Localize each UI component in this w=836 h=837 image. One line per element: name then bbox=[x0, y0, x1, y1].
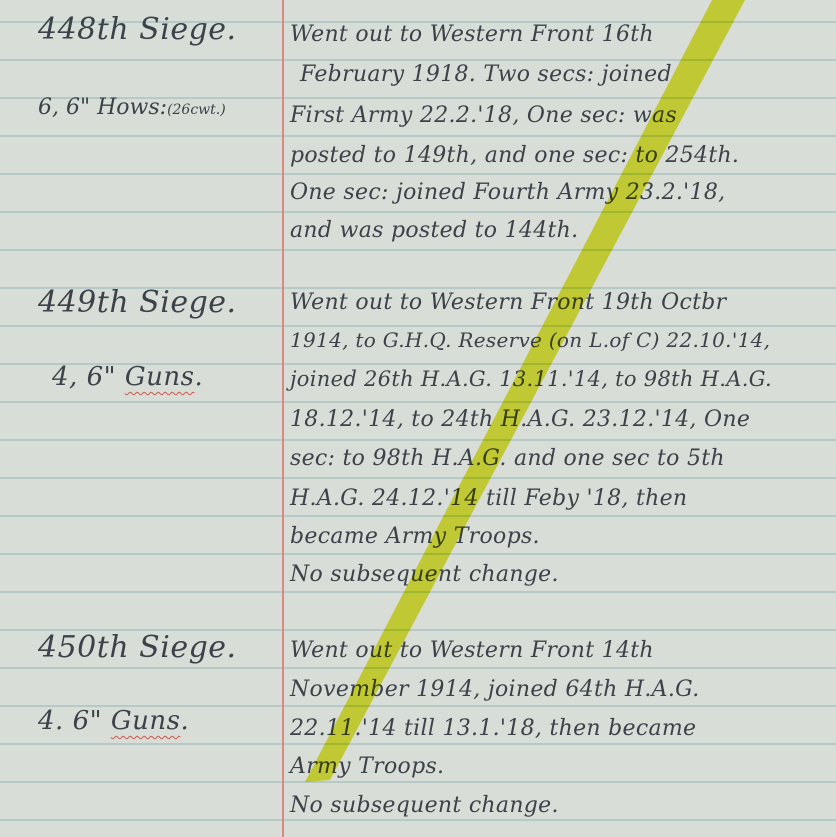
armament-text: 4, 6" Guns. bbox=[52, 362, 203, 392]
unit-label-450: 450th Siege. bbox=[38, 630, 237, 665]
entry-line: posted to 149th, and one sec: to 254th. bbox=[290, 143, 739, 168]
armament-448: 6, 6" Hows:(26cwt.) bbox=[38, 95, 226, 120]
armament-text: 6, 6" Hows: bbox=[38, 95, 167, 120]
entry-line: H.A.G. 24.12.'14 till Feby '18, then bbox=[290, 486, 687, 511]
entry-line: Went out to Western Front 19th Octbr bbox=[290, 290, 726, 315]
entry-line: No subsequent change. bbox=[290, 562, 559, 587]
entry-line: Went out to Western Front 16th bbox=[290, 22, 654, 47]
entry-line: Went out to Western Front 14th bbox=[290, 638, 654, 663]
entry-line: One sec: joined Fourth Army 23.2.'18, bbox=[290, 180, 725, 205]
entry-line: November 1914, joined 64th H.A.G. bbox=[290, 677, 700, 702]
armament-note: (26cwt.) bbox=[167, 102, 226, 118]
entry-line: 1914, to G.H.Q. Reserve (on L.of C) 22.1… bbox=[290, 328, 770, 352]
entry-line: February 1918. Two secs: joined bbox=[300, 62, 672, 87]
entry-line: and was posted to 144th. bbox=[290, 218, 578, 243]
entry-line: Army Troops. bbox=[290, 754, 444, 779]
armament-449: 4, 6" Guns. bbox=[52, 362, 203, 392]
underlined-word: Guns bbox=[111, 706, 181, 736]
entry-line: 22.11.'14 till 13.1.'18, then became bbox=[290, 716, 696, 741]
entry-line: sec: to 98th H.A.G. and one sec to 5th bbox=[290, 446, 725, 471]
unit-label-449: 449th Siege. bbox=[38, 285, 237, 320]
armament-450: 4. 6" Guns. bbox=[38, 706, 189, 736]
entry-line: joined 26th H.A.G. 13.11.'14, to 98th H.… bbox=[290, 367, 772, 391]
entry-line: First Army 22.2.'18, One sec: was bbox=[290, 103, 677, 128]
entry-line: became Army Troops. bbox=[290, 524, 540, 549]
entry-line: No subsequent change. bbox=[290, 793, 559, 818]
red-margin-line bbox=[282, 0, 284, 837]
ledger-page: 448th Siege. 6, 6" Hows:(26cwt.) Went ou… bbox=[0, 0, 836, 837]
armament-text: 4. 6" Guns. bbox=[38, 706, 189, 736]
entry-line: 18.12.'14, to 24th H.A.G. 23.12.'14, One bbox=[290, 407, 750, 432]
underlined-word: Guns bbox=[125, 362, 195, 392]
unit-label-448: 448th Siege. bbox=[38, 12, 237, 47]
